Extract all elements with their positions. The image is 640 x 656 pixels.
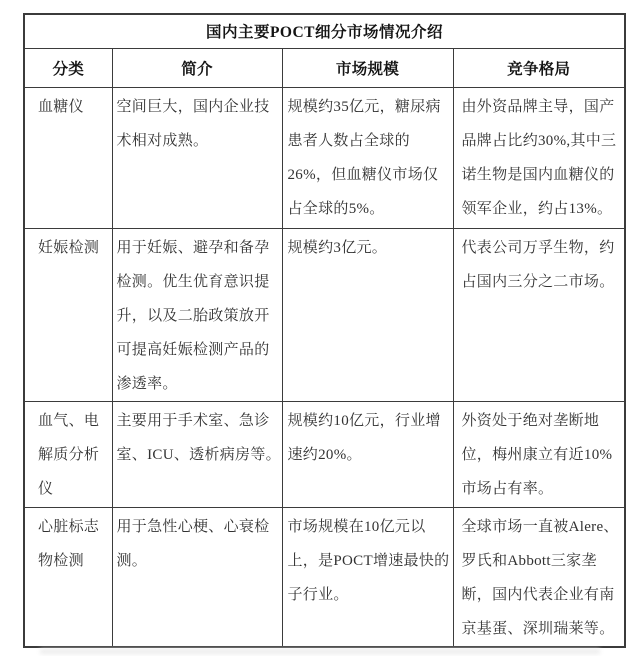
table-title-row: 国内主要POCT细分市场情况介绍 <box>24 14 625 48</box>
market-size-cell: 规模约35亿元，糖尿病患者人数占全球的26%，但血糖仪市场仅占全球的5%。 <box>282 87 453 228</box>
table-row-blood-glucose: 血糖仪 空间巨大，国内企业技术相对成熟。 规模约35亿元，糖尿病患者人数占全球的… <box>24 87 625 228</box>
market-size-cell: 规模约10亿元，行业增速约20%。 <box>282 401 453 507</box>
poct-market-table: 国内主要POCT细分市场情况介绍 分类 简介 市场规模 竞争格局 血糖仪 空间巨… <box>23 13 626 648</box>
category-cell: 心脏标志物检测 <box>24 507 112 647</box>
competition-cell: 外资处于绝对垄断地位，梅州康立有近10%市场占有率。 <box>453 401 625 507</box>
article-page: 国内主要POCT细分市场情况介绍 分类 简介 市场规模 竞争格局 血糖仪 空间巨… <box>0 0 640 656</box>
page-bottom-shadow <box>40 649 600 654</box>
intro-cell: 主要用于手术室、急诊室、ICU、透析病房等。 <box>112 401 282 507</box>
category-cell: 血糖仪 <box>24 87 112 228</box>
competition-cell: 代表公司万孚生物，约占国内三分之二市场。 <box>453 228 625 401</box>
market-size-cell: 市场规模在10亿元以上，是POCT增速最快的子行业。 <box>282 507 453 647</box>
category-cell: 妊娠检测 <box>24 228 112 401</box>
header-competition: 竞争格局 <box>453 48 625 87</box>
competition-cell: 全球市场一直被Alere、罗氏和Abbott三家垄断，国内代表企业有南京基蛋、深… <box>453 507 625 647</box>
header-intro: 简介 <box>112 48 282 87</box>
table-row-cardiac-marker: 心脏标志物检测 用于急性心梗、心衰检测。 市场规模在10亿元以上，是POCT增速… <box>24 507 625 647</box>
category-cell: 血气、电解质分析仪 <box>24 401 112 507</box>
header-category: 分类 <box>24 48 112 87</box>
competition-cell: 由外资品牌主导，国产品牌占比约30%,其中三诺生物是国内血糖仪的领军企业，约占1… <box>453 87 625 228</box>
table-title: 国内主要POCT细分市场情况介绍 <box>24 14 625 48</box>
table-row-blood-gas-electrolyte: 血气、电解质分析仪 主要用于手术室、急诊室、ICU、透析病房等。 规模约10亿元… <box>24 401 625 507</box>
intro-cell: 用于急性心梗、心衰检测。 <box>112 507 282 647</box>
intro-cell: 用于妊娠、避孕和备孕检测。优生优育意识提升，以及二胎政策放开可提高妊娠检测产品的… <box>112 228 282 401</box>
table-row-pregnancy-test: 妊娠检测 用于妊娠、避孕和备孕检测。优生优育意识提升，以及二胎政策放开可提高妊娠… <box>24 228 625 401</box>
table-header-row: 分类 简介 市场规模 竞争格局 <box>24 48 625 87</box>
intro-cell: 空间巨大，国内企业技术相对成熟。 <box>112 87 282 228</box>
header-market-size: 市场规模 <box>282 48 453 87</box>
market-size-cell: 规模约3亿元。 <box>282 228 453 401</box>
